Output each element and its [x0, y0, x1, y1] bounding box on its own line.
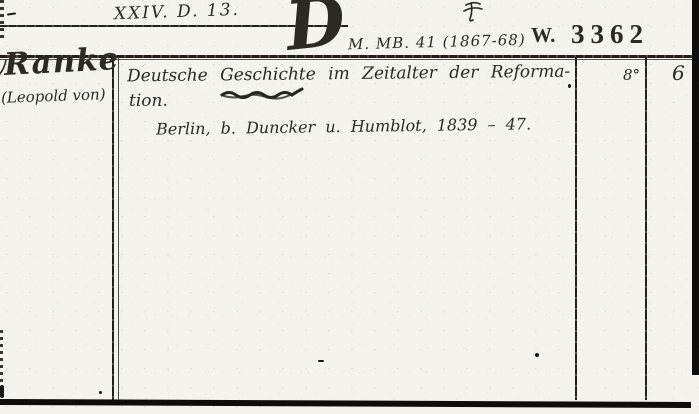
shelfmark-note: XXIV. D. 13.	[114, 0, 241, 24]
scan-right-edge-band	[692, 0, 699, 375]
author-column-divider	[112, 57, 114, 400]
ink-speck	[7, 12, 16, 15]
classification-note: M. MB. 41 (1867-68)	[348, 31, 526, 54]
scan-left-edge-noise	[0, 0, 4, 38]
format-column-divider	[575, 57, 577, 400]
title-line-2: tion.	[129, 91, 168, 111]
volume-column-divider	[645, 57, 647, 400]
ink-speck	[535, 353, 539, 357]
imprint-line: Berlin, b. Duncker u. Humblot, 1839 – 47…	[156, 114, 531, 138]
initial-letter: D	[283, 0, 349, 61]
ink-speck	[568, 84, 571, 88]
scan-left-edge-noise	[0, 330, 3, 390]
ink-smudge-underline-icon	[220, 87, 304, 100]
stray-ink-mark-icon	[460, 1, 486, 23]
cutoff-pen-stroke-icon	[0, 58, 8, 80]
ink-speck	[318, 360, 324, 362]
author-surname: Ranke	[3, 41, 120, 83]
library-letter-stamp: W.	[531, 23, 555, 48]
ink-speck	[99, 391, 102, 394]
author-column-divider-2	[118, 57, 119, 400]
format-value: 8°	[595, 66, 640, 84]
catalog-card-scan: XXIV. D. 13. D M. MB. 41 (1867-68) W. 33…	[0, 0, 699, 414]
card-bottom-rule	[0, 399, 691, 408]
title-line-1: Deutsche Geschichte im Zeitalter der Ref…	[127, 62, 570, 87]
card-number: 3362	[571, 19, 649, 50]
author-forename: (Leopold von)	[1, 85, 106, 107]
volume-count: 6	[672, 61, 685, 85]
